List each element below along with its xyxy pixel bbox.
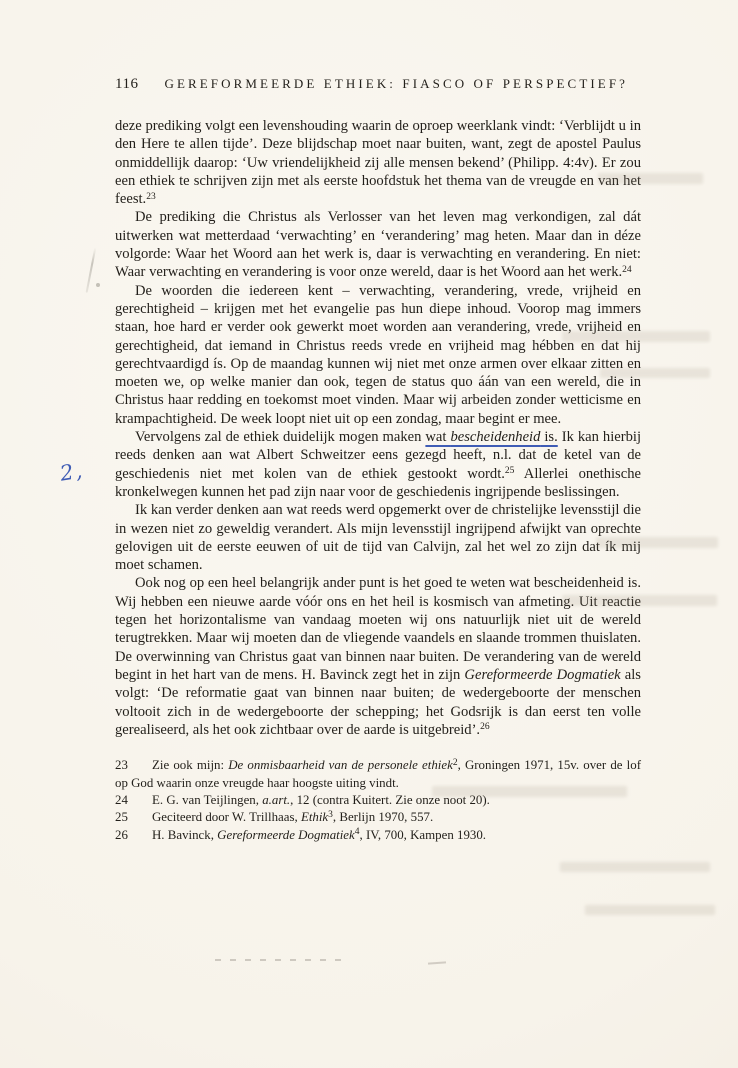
footnote-number: 26 — [115, 827, 152, 844]
bleed-through-smudge — [562, 595, 717, 606]
footnote-ref: 23 — [146, 192, 156, 202]
text-segment: Vervolgens zal de ethiek duidelijk mogen… — [135, 429, 425, 445]
text-segment: is. — [540, 429, 557, 445]
text-segment: Zie ook mijn: — [152, 758, 228, 772]
text-segment: H. Bavinck, — [152, 828, 217, 842]
page-content: 116 GEREFORMEERDE ETHIEK: FIASCO OF PERS… — [115, 76, 641, 844]
bleed-through-smudge — [562, 331, 710, 342]
paragraph: De prediking die Christus als Verlosser … — [115, 208, 641, 281]
footnote-number: 24 — [115, 792, 152, 809]
footnote: 26H. Bavinck, Gereformeerde Dogmatiek4, … — [115, 827, 641, 844]
footnote-ref: 24 — [622, 265, 632, 275]
text-segment: , Berlijn 1970, 557. — [333, 810, 433, 824]
pencil-dash — [428, 961, 446, 964]
bleed-through-smudge — [598, 173, 703, 184]
paragraph: Vervolgens zal de ethiek duidelijk mogen… — [115, 428, 641, 501]
text-segment: De woorden die iedereen kent – verwachti… — [115, 283, 641, 427]
bleed-through-smudge — [585, 905, 715, 915]
text-segment: bescheidenheid — [450, 429, 540, 445]
text-segment: deze prediking volgt een levenshouding w… — [115, 118, 641, 207]
bleed-through-smudge — [560, 862, 710, 872]
footnote-number: 25 — [115, 809, 152, 826]
book-page: 116 GEREFORMEERDE ETHIEK: FIASCO OF PERS… — [0, 0, 738, 1068]
footnotes: 23Zie ook mijn: De onmisbaarheid van de … — [115, 757, 641, 844]
bleed-through-smudge — [600, 368, 710, 378]
footnote-ref: 2 — [453, 758, 458, 768]
text-segment: Geciteerd door W. Trillhaas, — [152, 810, 301, 824]
running-title: GEREFORMEERDE ETHIEK: FIASCO OF PERSPECT… — [164, 76, 628, 92]
text-segment: Gereformeerde Dogmatiek — [464, 667, 620, 683]
footnote-ref: 4 — [355, 827, 360, 837]
paragraph: deze prediking volgt een levenshouding w… — [115, 117, 641, 208]
text-segment: Ethik — [301, 810, 328, 824]
pencil-dot — [96, 283, 100, 287]
body-text: deze prediking volgt een levenshouding w… — [115, 117, 641, 739]
pencil-dashes — [215, 959, 350, 961]
text-segment: E. G. van Teijlingen, — [152, 793, 262, 807]
bleed-through-smudge — [432, 786, 627, 797]
footnote-ref: 3 — [328, 810, 333, 820]
bleed-through-smudge — [596, 537, 718, 548]
text-segment: De onmisbaarheid van de personele ethiek — [228, 758, 453, 772]
handwritten-margin-annotation: 2, — [58, 458, 86, 485]
paragraph: Ik kan verder denken aan wat reeds werd … — [115, 501, 641, 574]
text-segment: , IV, 700, Kampen 1930. — [360, 828, 487, 842]
text-segment: Ik kan verder denken aan wat reeds werd … — [115, 502, 641, 573]
page-number: 116 — [115, 76, 138, 93]
text-segment: a.art. — [262, 793, 290, 807]
text-segment: wat — [425, 429, 450, 445]
footnote-ref: 26 — [480, 722, 490, 732]
footnote-ref: 25 — [505, 466, 515, 476]
paragraph: De woorden die iedereen kent – verwachti… — [115, 282, 641, 428]
page-header: 116 GEREFORMEERDE ETHIEK: FIASCO OF PERS… — [115, 76, 641, 93]
text-segment: De prediking die Christus als Verlosser … — [115, 209, 641, 280]
text-segment: Gereformeerde Dogmatiek — [217, 828, 355, 842]
footnote-number: 23 — [115, 757, 152, 774]
pencil-mark — [86, 247, 97, 293]
footnote: 25Geciteerd door W. Trillhaas, Ethik3, B… — [115, 809, 641, 826]
